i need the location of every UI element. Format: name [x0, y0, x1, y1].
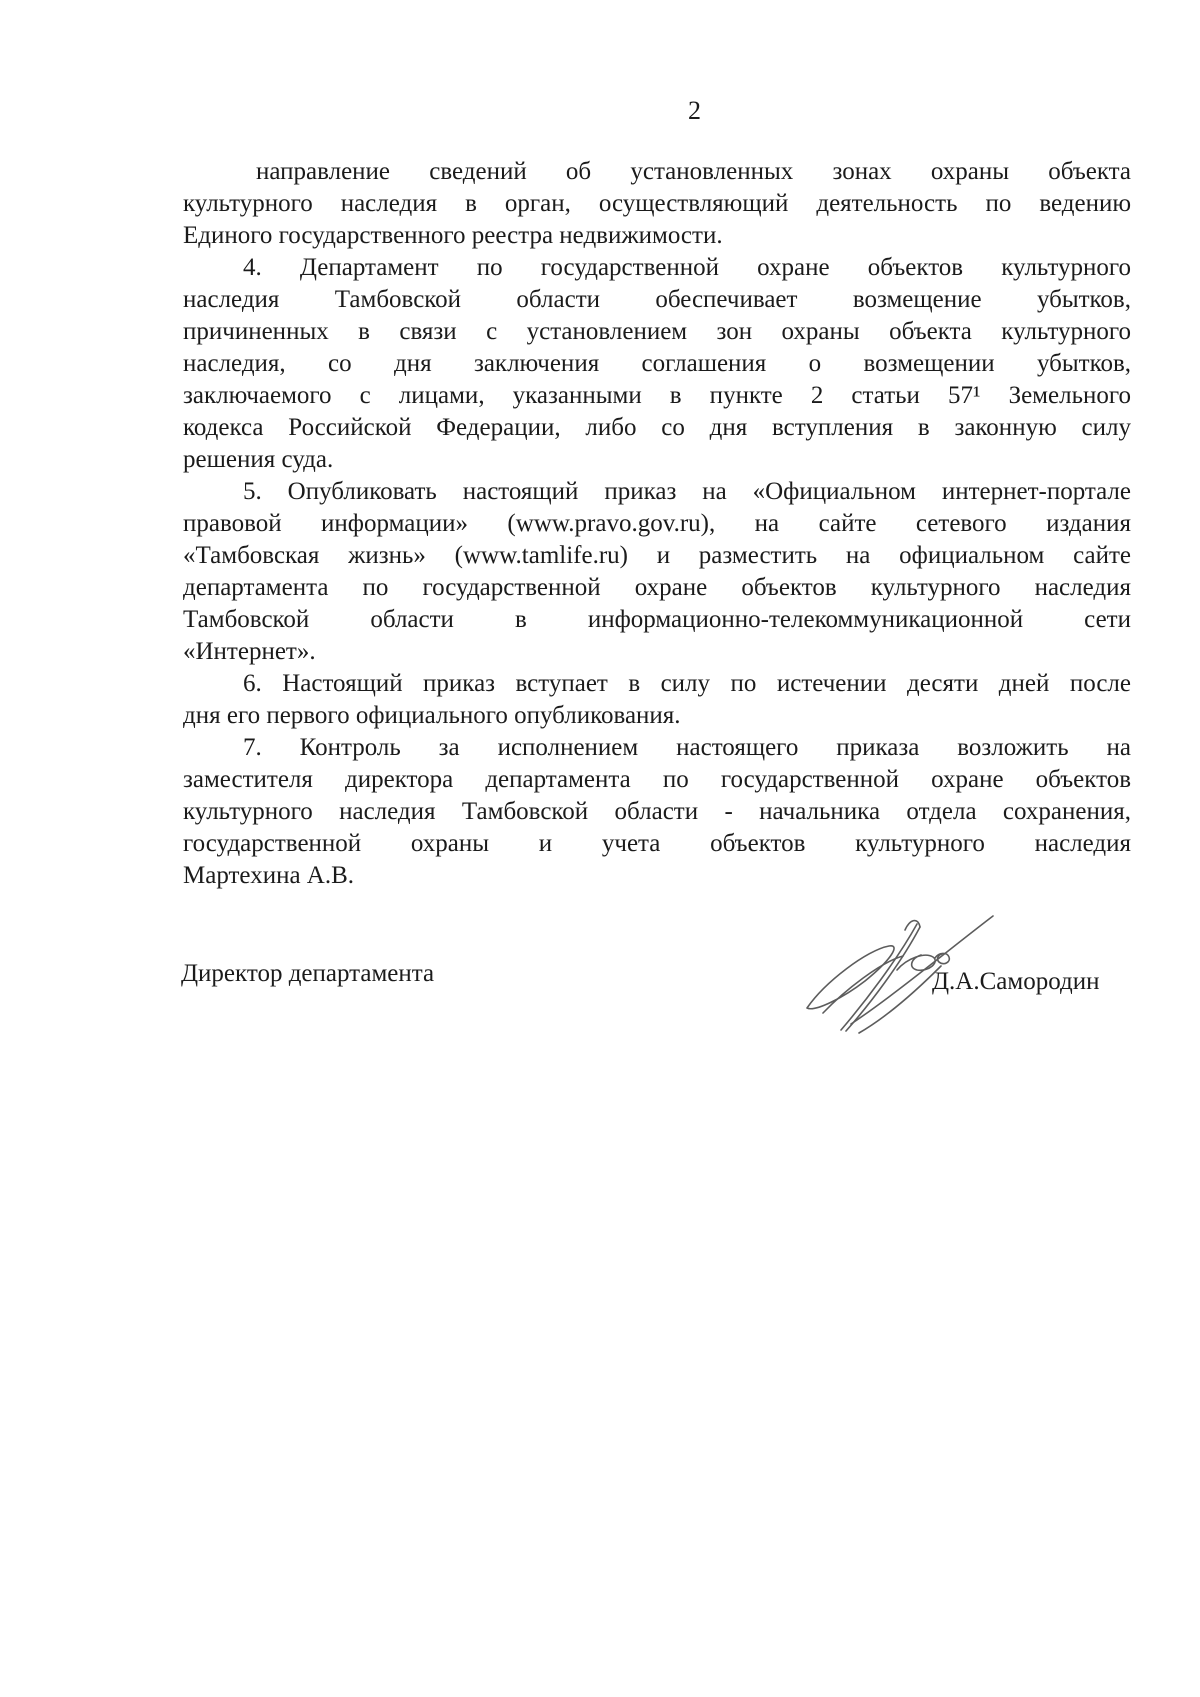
text-line: «Тамбовская жизнь» (www.tamlife.ru) и ра… — [183, 540, 1131, 572]
document-body: направление сведений об установленных зо… — [183, 156, 1131, 892]
text-line: дня его первого официального опубликован… — [183, 700, 1131, 732]
document-page: 2 направление сведений об установленных … — [0, 0, 1200, 1697]
text-line: государственной охраны и учета объектов … — [183, 828, 1131, 860]
text-line: 7. Контроль за исполнением настоящего пр… — [183, 732, 1131, 764]
text-line: правовой информации» (www.pravo.gov.ru),… — [183, 508, 1131, 540]
text-line: наследия Тамбовской области обеспечивает… — [183, 284, 1131, 316]
paragraph: 7. Контроль за исполнением настоящего пр… — [183, 732, 1131, 892]
signatory-name: Д.А.Самородин — [932, 966, 1099, 998]
text-line: заключаемого с лицами, указанными в пунк… — [183, 380, 1131, 412]
text-line: решения суда. — [183, 444, 1131, 476]
paragraph: 5. Опубликовать настоящий приказ на «Офи… — [183, 476, 1131, 668]
text-line: причиненных в связи с установлением зон … — [183, 316, 1131, 348]
paragraph: 4. Департамент по государственной охране… — [183, 252, 1131, 476]
text-line: Мартехина А.В. — [183, 860, 1131, 892]
text-line: Единого государственного реестра недвижи… — [183, 220, 1131, 252]
signatory-job-title: Директор департамента — [181, 958, 434, 990]
text-line: заместителя директора департамента по го… — [183, 764, 1131, 796]
page-number: 2 — [688, 96, 701, 126]
text-line: наследия, со дня заключения соглашения о… — [183, 348, 1131, 380]
text-line: «Интернет». — [183, 636, 1131, 668]
text-line: департамента по государственной охране о… — [183, 572, 1131, 604]
text-line: 5. Опубликовать настоящий приказ на «Офи… — [183, 476, 1131, 508]
text-line: 4. Департамент по государственной охране… — [183, 252, 1131, 284]
paragraph: направление сведений об установленных зо… — [183, 156, 1131, 252]
text-line: культурного наследия в орган, осуществля… — [183, 188, 1131, 220]
text-line: 6. Настоящий приказ вступает в силу по и… — [183, 668, 1131, 700]
text-line: направление сведений об установленных зо… — [183, 156, 1131, 188]
text-line: Тамбовской области в информационно-телек… — [183, 604, 1131, 636]
text-line: культурного наследия Тамбовской области … — [183, 796, 1131, 828]
paragraph: 6. Настоящий приказ вступает в силу по и… — [183, 668, 1131, 732]
text-line: кодекса Российской Федерации, либо со дн… — [183, 412, 1131, 444]
